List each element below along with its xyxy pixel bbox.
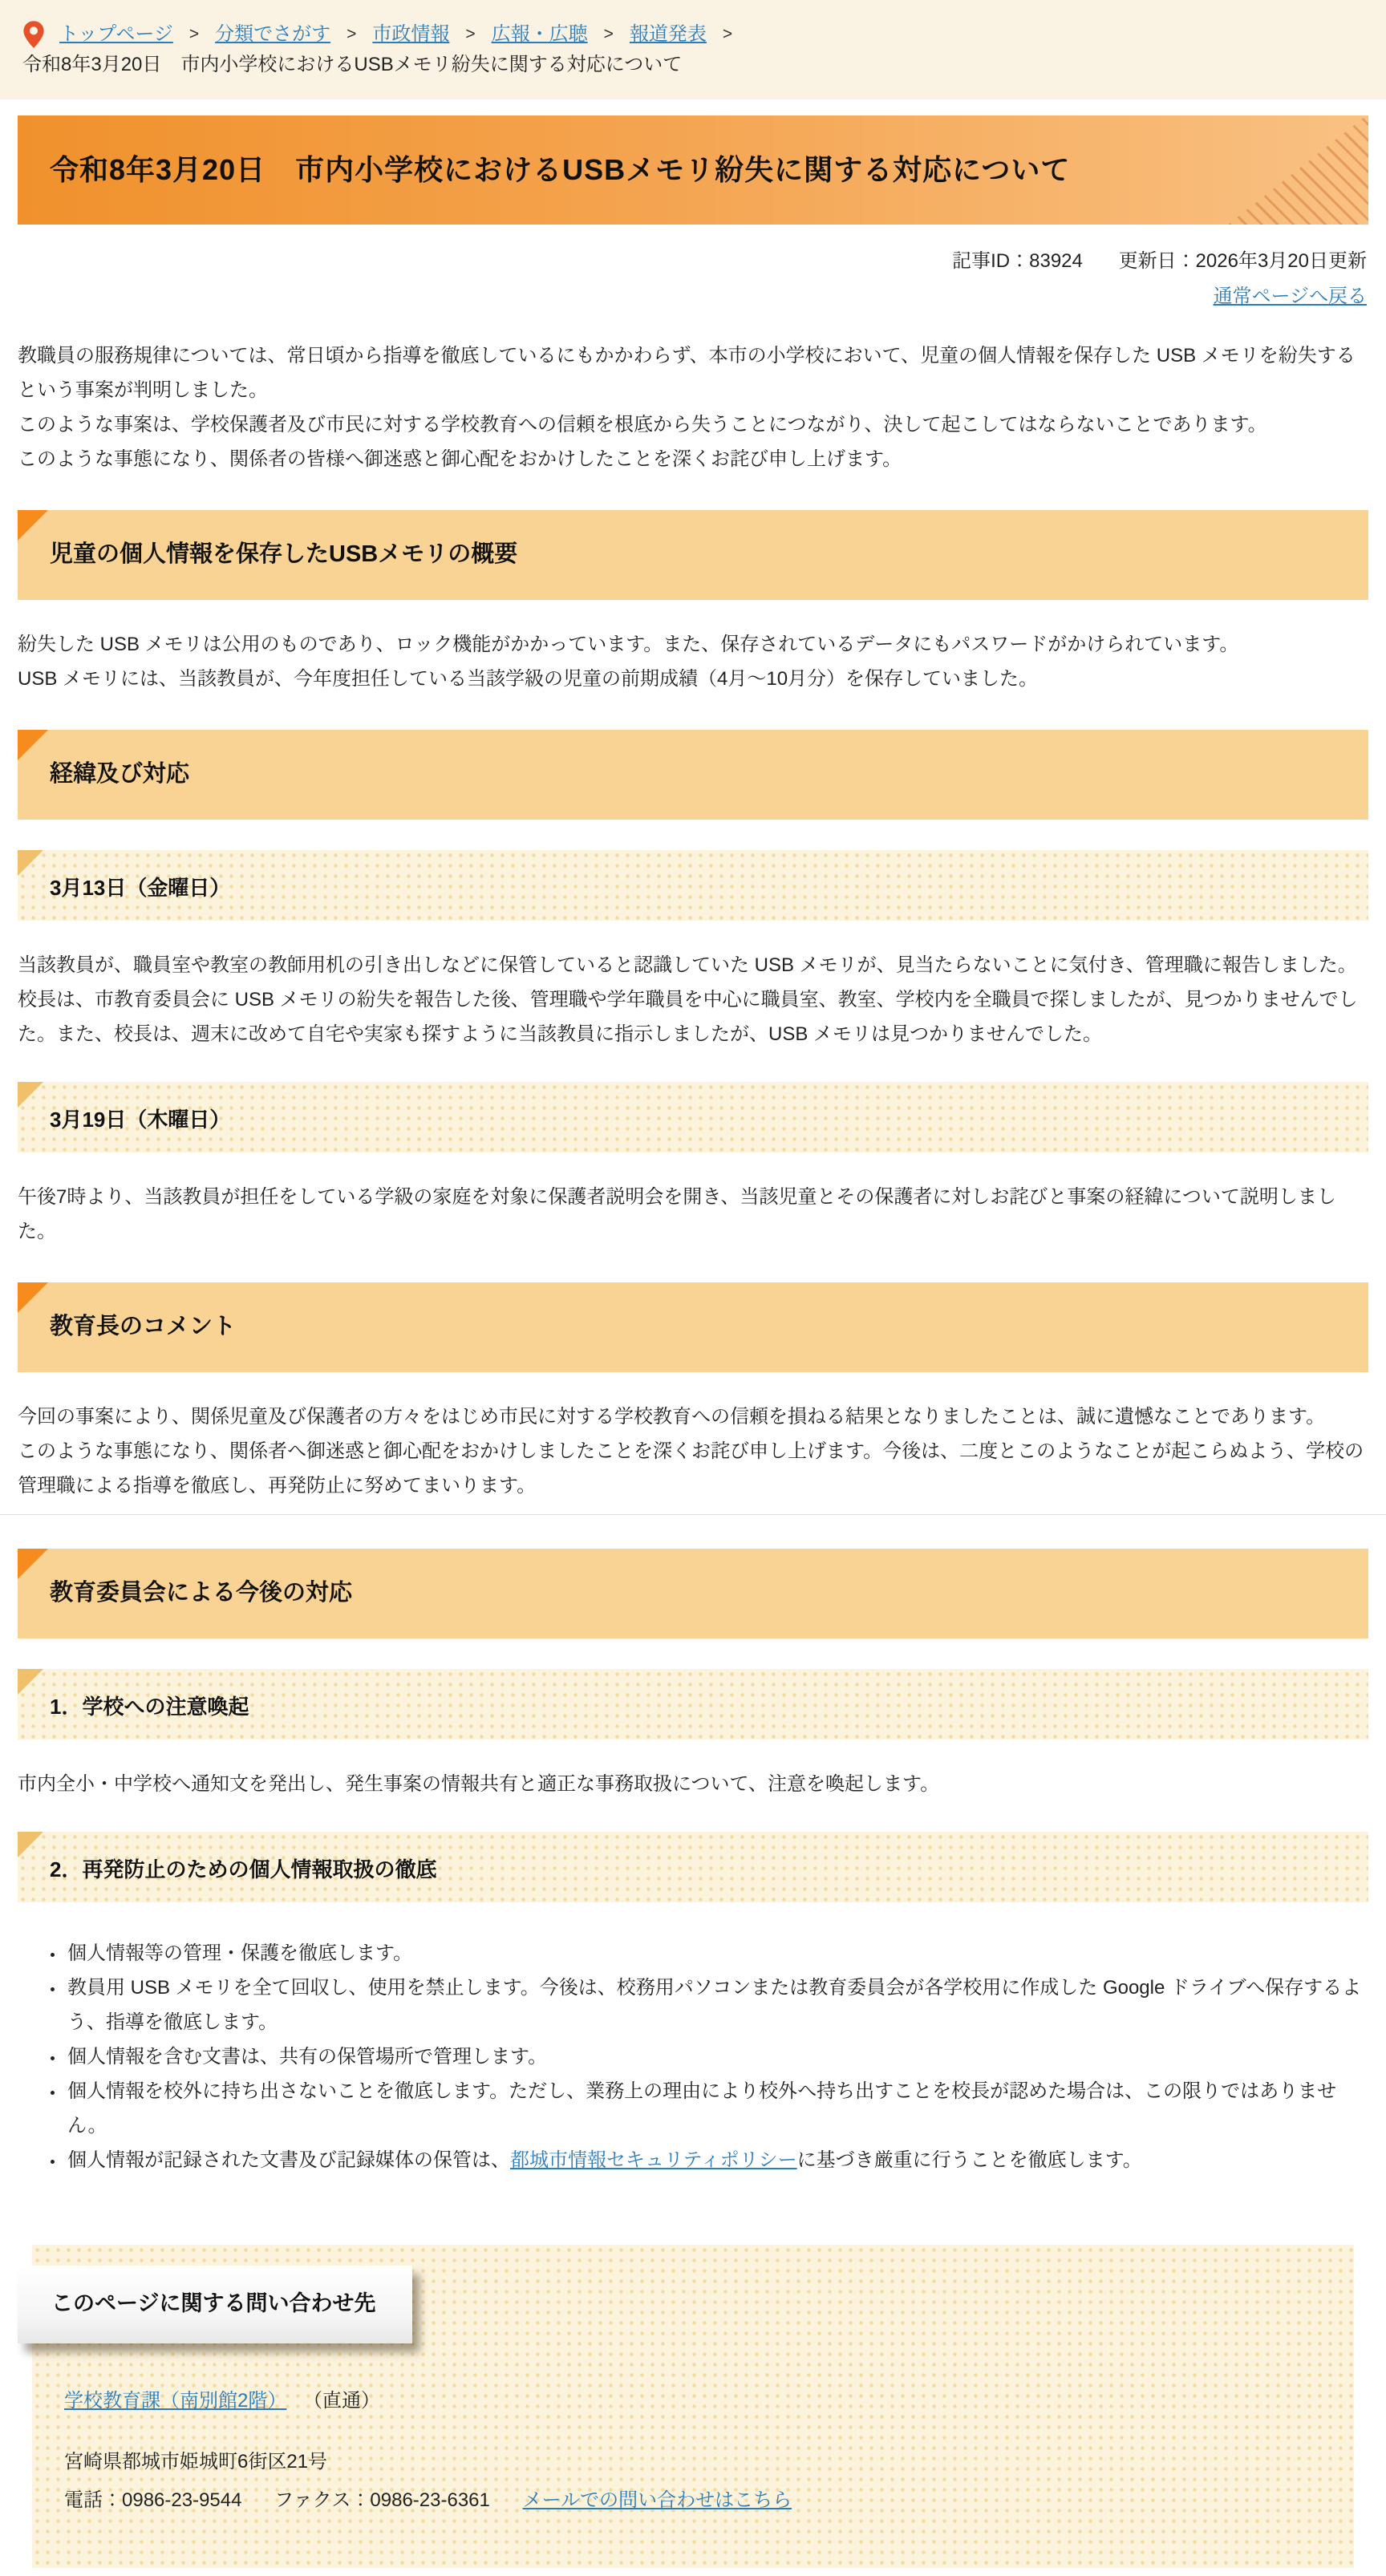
overview-paragraph: USB メモリには、当該教員が、今年度担任している当該学級の児童の前期成績（4月… xyxy=(18,662,1368,696)
security-policy-link[interactable]: 都城市情報セキュリティポリシー xyxy=(510,2149,797,2171)
contact-department-link[interactable]: 学校教育課（南別館2階） xyxy=(64,2390,286,2412)
page-title: 令和8年3月20日 市内小学校におけるUSBメモリ紛失に関する対応について xyxy=(50,148,1070,188)
breadcrumb-current: 令和8年3月20日 市内小学校におけるUSBメモリ紛失に関する対応について xyxy=(22,50,682,80)
contact-phone: 電話：0986-23-9544 xyxy=(64,2489,241,2511)
contact-mail-link[interactable]: メールでの問い合わせはこちら xyxy=(523,2489,792,2511)
list-item-text: に基づき厳重に行うことを徹底します。 xyxy=(797,2149,1142,2171)
list-item: 個人情報を校外に持ち出さないことを徹底します。ただし、業務上の理由により校外へ持… xyxy=(64,2074,1368,2143)
subsection-heading-march19: 3月19日（木曜日） xyxy=(18,1082,1368,1152)
intro-paragraph: このような事案は、学校保護者及び市民に対する学校教育への信頼を根底から失うことに… xyxy=(18,407,1368,442)
list-item-text: 個人情報が記録された文書及び記録媒体の保管は、 xyxy=(67,2149,510,2171)
contact-fax: ファクス：0986-23-6361 xyxy=(274,2489,490,2511)
breadcrumb-separator: > xyxy=(604,19,614,50)
intro-paragraphs: 教職員の服務規律については、常日頃から指導を徹底しているにもかかわらず、本市の小… xyxy=(18,338,1368,476)
subsection-heading-school-alert: 1．学校への注意喚起 xyxy=(18,1669,1368,1740)
breadcrumb-link-category[interactable]: 分類でさがす xyxy=(215,19,330,50)
breadcrumb-link-press[interactable]: 報道発表 xyxy=(630,19,707,50)
contact-details: 学校教育課（南別館2階） （直通） 宮崎県都城市姫城町6街区21号 電話：098… xyxy=(32,2343,1354,2517)
list-item: 個人情報を含む文書は、共有の保管場所で管理します。 xyxy=(64,2039,1368,2074)
breadcrumb-link-city-info[interactable]: 市政情報 xyxy=(372,19,449,50)
contact-section: このページに関する問い合わせ先 学校教育課（南別館2階） （直通） 宮崎県都城市… xyxy=(32,2245,1354,2568)
page-title-banner: 令和8年3月20日 市内小学校におけるUSBメモリ紛失に関する対応について xyxy=(18,115,1368,225)
location-pin-icon xyxy=(22,20,45,49)
subsection-heading-prevention: 2．再発防止のための個人情報取扱の徹底 xyxy=(18,1832,1368,1902)
breadcrumb-separator: > xyxy=(346,19,356,50)
march19-paragraph: 午後7時より、当該教員が担任をしている学級の家庭を対象に保護者説明会を開き、当該… xyxy=(18,1180,1368,1249)
intro-paragraph: このような事態になり、関係者の皆様へ御迷惑と御心配をおかけしたことを深くお詫び申… xyxy=(18,442,1368,476)
breadcrumb-separator: > xyxy=(465,19,475,50)
breadcrumb-separator: > xyxy=(189,19,199,50)
overview-paragraph: 紛失した USB メモリは公用のものであり、ロック機能がかかっています。また、保… xyxy=(18,627,1368,662)
horizontal-divider xyxy=(0,1514,1386,1515)
contact-department-note: （直通） xyxy=(303,2390,380,2412)
breadcrumb-separator: > xyxy=(723,19,732,50)
school-alert-paragraph: 市内全小・中学校へ通知文を発出し、発生事案の情報共有と適正な事務取扱について、注… xyxy=(18,1767,1368,1801)
article-meta: 記事ID：83924 更新日：2026年3月20日更新 通常ページへ戻る xyxy=(18,245,1367,313)
section-heading-superintendent-comment: 教育長のコメント xyxy=(18,1282,1368,1372)
contact-heading: このページに関する問い合わせ先 xyxy=(18,2266,412,2343)
comment-paragraph: このような事態になり、関係者へ御迷惑と御心配をおかけしましたことを深くお詫び申し… xyxy=(18,1434,1368,1503)
breadcrumb-link-pr[interactable]: 広報・広聴 xyxy=(492,19,588,50)
banner-stripes-decoration xyxy=(1216,115,1368,225)
list-item: 教員用 USB メモリを全て回収し、使用を禁止します。今後は、校務用パソコンまた… xyxy=(64,1970,1368,2039)
breadcrumb: トップページ > 分類でさがす > 市政情報 > 広報・広聴 > 報道発表 > … xyxy=(0,0,1386,99)
section-heading-usb-overview: 児童の個人情報を保存したUSBメモリの概要 xyxy=(18,510,1368,600)
list-item: 個人情報等の管理・保護を徹底します。 xyxy=(64,1936,1368,1970)
article-updated: 更新日：2026年3月20日更新 xyxy=(1119,250,1367,272)
section-heading-timeline: 経緯及び対応 xyxy=(18,730,1368,820)
subsection-heading-march13: 3月13日（金曜日） xyxy=(18,850,1368,921)
section-heading-future-response: 教育委員会による今後の対応 xyxy=(18,1549,1368,1638)
breadcrumb-link-home[interactable]: トップページ xyxy=(59,19,173,50)
march13-paragraph: 当該教員が、職員室や教室の教師用机の引き出しなどに保管していると認識していた U… xyxy=(18,948,1368,1051)
intro-paragraph: 教職員の服務規律については、常日頃から指導を徹底しているにもかかわらず、本市の小… xyxy=(18,338,1368,407)
contact-address: 宮崎県都城市姫城町6街区21号 xyxy=(64,2446,1322,2478)
prevention-measures-list: 個人情報等の管理・保護を徹底します。 教員用 USB メモリを全て回収し、使用を… xyxy=(35,1936,1368,2177)
article-body: 教職員の服務規律については、常日頃から指導を徹底しているにもかかわらず、本市の小… xyxy=(18,338,1368,2568)
article-id: 記事ID：83924 xyxy=(952,250,1083,272)
list-item: 個人情報が記録された文書及び記録媒体の保管は、都城市情報セキュリティポリシーに基… xyxy=(64,2143,1368,2177)
back-to-normal-page-link[interactable]: 通常ページへ戻る xyxy=(1213,286,1367,307)
comment-paragraph: 今回の事案により、関係児童及び保護者の方々をはじめ市民に対する学校教育への信頼を… xyxy=(18,1399,1368,1434)
